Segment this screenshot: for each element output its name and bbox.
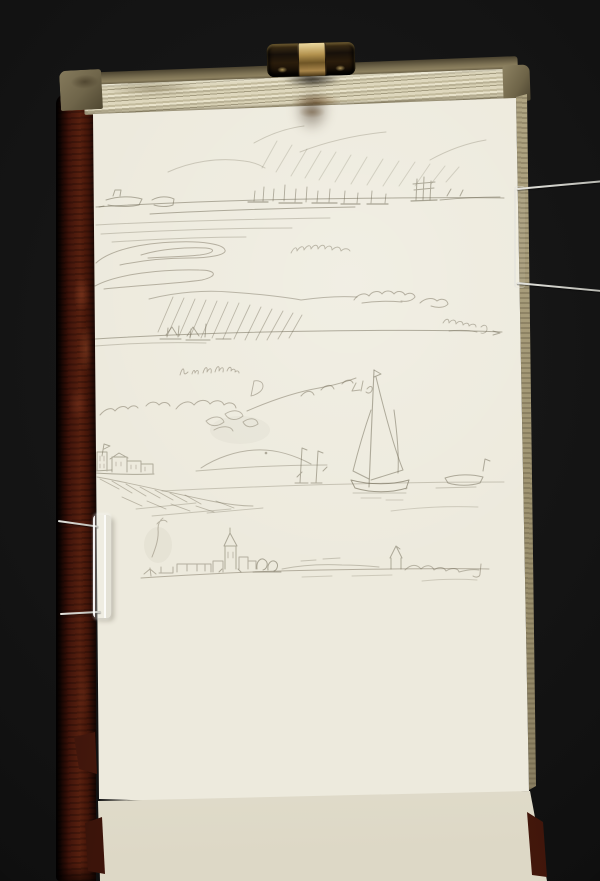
water-lines: [96, 218, 330, 242]
pencil-dot: [265, 452, 268, 455]
pencil-inscription: [180, 367, 263, 396]
skyline: [141, 528, 489, 581]
waterline: [162, 482, 504, 491]
slope-outline: [149, 291, 357, 300]
clasp-glint: [335, 65, 345, 71]
hill-contours: [168, 126, 486, 172]
sky-streaks: [136, 503, 478, 516]
right-boat: [445, 459, 490, 485]
hill-hatching: [262, 141, 459, 186]
sketch-town-skyline: [136, 503, 489, 581]
shipping-row: [96, 177, 504, 214]
clasp-shadow: [294, 88, 330, 132]
clasp-glint: [277, 67, 287, 73]
graphite-smudge: [144, 527, 172, 563]
headland-buildings: [95, 444, 154, 474]
cloud-loops: [95, 242, 225, 289]
low-hill: [196, 450, 327, 471]
sketch-coastal-slope: [95, 242, 502, 346]
slope-hatching: [158, 297, 302, 340]
right-archival-clip: [514, 186, 525, 288]
sailboat: [351, 370, 409, 500]
clasp-centre-band: [298, 43, 327, 77]
left-archival-clip: [93, 515, 111, 618]
photograph: [0, 0, 600, 881]
cover-corner-top-left: [59, 69, 103, 111]
shoreline-boats: [95, 324, 502, 340]
tree-band: [100, 378, 372, 415]
mast: [369, 370, 374, 487]
hull-marks: [248, 200, 437, 204]
cliff-hatching: [97, 477, 253, 512]
graphite-smudge: [210, 416, 270, 444]
trees: [354, 291, 448, 307]
sketch-sailing-barge: [95, 367, 504, 512]
sketch-distant-shipping: [96, 126, 504, 242]
pencil-inscription: [291, 245, 350, 253]
faint-line: [95, 343, 206, 346]
brass-clasp: [267, 42, 356, 77]
